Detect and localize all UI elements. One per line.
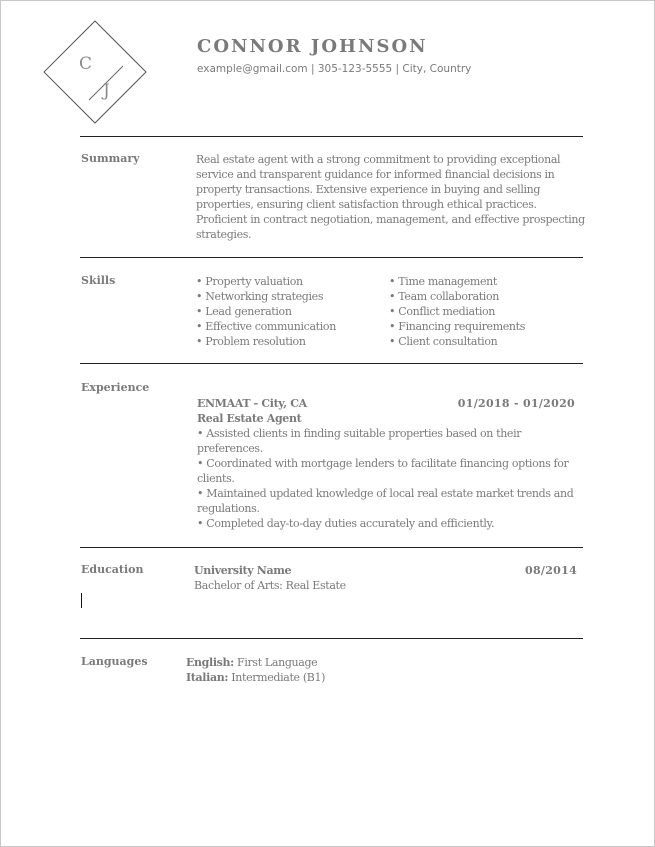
languages-label: Languages xyxy=(81,655,148,668)
contact-info: example@gmail.com | 305-123-5555 | City,… xyxy=(197,63,471,75)
languages-list: English: First Language Italian: Interme… xyxy=(186,655,325,685)
skill-item: • Networking strategies xyxy=(196,289,336,304)
experience-dates: 01/2018 - 01/2020 xyxy=(458,396,575,411)
school-name: University Name xyxy=(194,563,291,578)
job-title: Real Estate Agent xyxy=(197,411,301,426)
bullet-item: • Coordinated with mortgage lenders to f… xyxy=(197,456,589,486)
language-item: Italian: Intermediate (B1) xyxy=(186,670,325,685)
experience-bullets: • Assisted clients in finding suitable p… xyxy=(197,426,589,531)
skills-label: Skills xyxy=(81,274,115,287)
text-cursor xyxy=(81,593,82,608)
summary-label: Summary xyxy=(81,152,140,165)
language-name: English: xyxy=(186,656,234,669)
experience-label: Experience xyxy=(81,381,149,394)
divider xyxy=(80,547,583,548)
monogram-logo: C J xyxy=(43,20,147,124)
language-name: Italian: xyxy=(186,671,228,684)
divider xyxy=(80,638,583,639)
resume-page[interactable]: C J CONNOR JOHNSON example@gmail.com | 3… xyxy=(0,0,655,847)
skills-left-column: • Property valuation • Networking strate… xyxy=(196,274,336,349)
bullet-item: • Assisted clients in finding suitable p… xyxy=(197,426,589,456)
skill-item: • Property valuation xyxy=(196,274,336,289)
monogram-last: J xyxy=(101,81,110,101)
divider xyxy=(80,136,583,137)
language-level: Intermediate (B1) xyxy=(231,671,325,684)
summary-text: Real estate agent with a strong commitme… xyxy=(196,152,586,242)
skill-item: • Client consultation xyxy=(389,334,525,349)
company-location: ENMAAT - City, CA xyxy=(197,397,307,410)
bullet-item: • Completed day-to-day duties accurately… xyxy=(197,516,589,531)
skill-item: • Financing requirements xyxy=(389,319,525,334)
skill-item: • Effective communication xyxy=(196,319,336,334)
skill-item: • Conflict mediation xyxy=(389,304,525,319)
skill-item: • Lead generation xyxy=(196,304,336,319)
education-label: Education xyxy=(81,563,144,576)
divider xyxy=(80,257,583,258)
degree: Bachelor of Arts: Real Estate xyxy=(194,578,346,593)
skill-item: • Problem resolution xyxy=(196,334,336,349)
bullet-item: • Maintained updated knowledge of local … xyxy=(197,486,589,516)
monogram-first: C xyxy=(79,54,92,74)
language-level: First Language xyxy=(237,656,317,669)
skill-item: • Team collaboration xyxy=(389,289,525,304)
experience-header: ENMAAT - City, CA 01/2018 - 01/2020 xyxy=(197,396,577,411)
candidate-name: CONNOR JOHNSON xyxy=(197,36,428,57)
skills-right-column: • Time management • Team collaboration •… xyxy=(389,274,525,349)
skill-item: • Time management xyxy=(389,274,525,289)
language-item: English: First Language xyxy=(186,655,325,670)
graduation-date: 08/2014 xyxy=(525,563,577,578)
divider xyxy=(80,363,583,364)
